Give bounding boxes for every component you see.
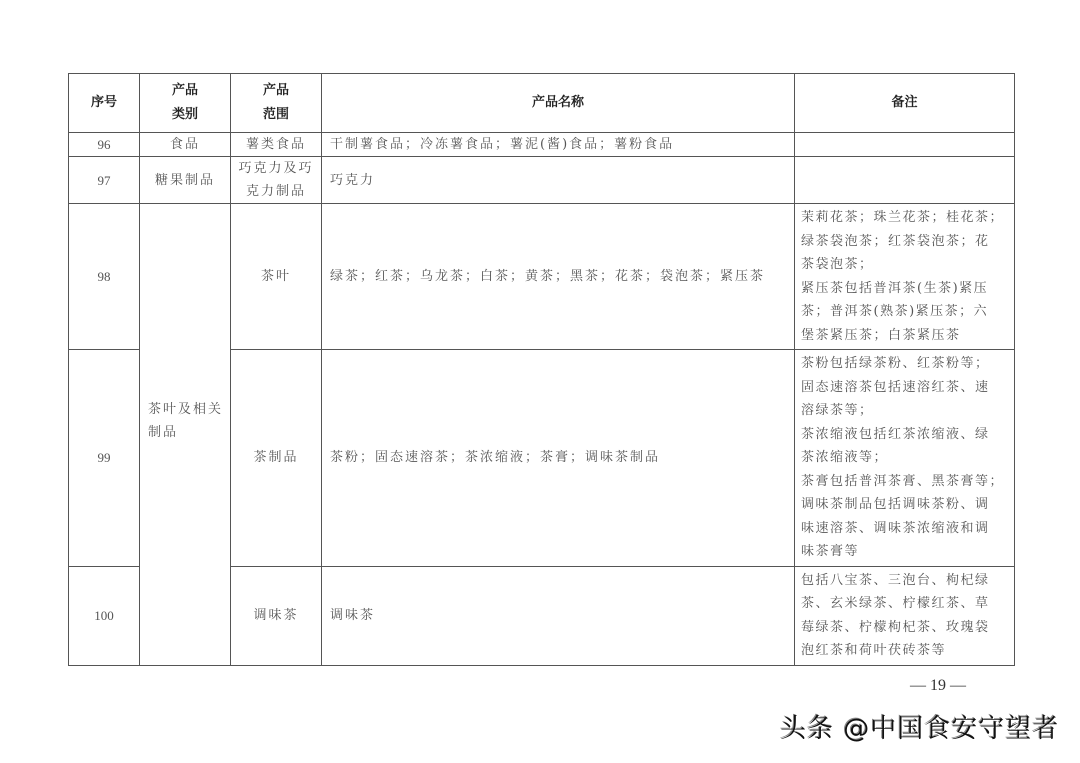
header-seq: 序号 [69, 74, 140, 133]
note-line: 茶膏包括普洱茶膏、黑茶膏等； [801, 470, 1008, 494]
note-line: 紧压茶包括普洱茶(生茶)紧压 [801, 277, 1008, 301]
header-category-line2: 类别 [140, 103, 230, 127]
merged-category-tea: 茶叶及相关 制品 [140, 204, 231, 666]
note-line: 包括八宝茶、三泡台、枸杞绿 [801, 569, 1008, 593]
note-line: 茶粉包括绿茶粉、红茶粉等； [801, 352, 1008, 376]
row-product-name: 巧克力 [322, 157, 795, 204]
merged-category-line1: 茶叶及相关 [148, 398, 224, 421]
row-note: 包括八宝茶、三泡台、枸杞绿 茶、玄米绿茶、柠檬红茶、草 莓绿茶、柠檬枸杞茶、玫瑰… [795, 566, 1015, 665]
note-line: 茶、玄米绿茶、柠檬红茶、草 [801, 592, 1008, 616]
row-seq: 100 [69, 566, 140, 665]
row-seq: 98 [69, 204, 140, 350]
table-header-row: 序号 产品 类别 产品 范围 产品名称 备注 [69, 74, 1015, 133]
page-number: — 19 — [910, 677, 966, 695]
header-product-name: 产品名称 [322, 74, 795, 133]
row-product-name: 绿茶；红茶；乌龙茶；白茶；黄茶；黑茶；花茶；袋泡茶；紧压茶 [322, 204, 795, 350]
note-line: 茶浓缩液包括红茶浓缩液、绿 [801, 423, 1008, 447]
note-line: 茶浓缩液等； [801, 446, 1008, 470]
header-scope: 产品 范围 [231, 74, 322, 133]
row-product-name: 茶粉；固态速溶茶；茶浓缩液；茶膏；调味茶制品 [322, 350, 795, 567]
note-line: 溶绿茶等； [801, 399, 1008, 423]
row-scope-line1: 巧克力及巧 [231, 157, 321, 180]
note-line: 茶；普洱茶(熟茶)紧压茶；六 [801, 300, 1008, 324]
product-catalog-table: 序号 产品 类别 产品 范围 产品名称 备注 96 食品 薯类食品 干制薯食品；… [68, 73, 1015, 666]
note-line: 泡红茶和荷叶茯砖茶等 [801, 639, 1008, 663]
table-row: 97 糖果制品 巧克力及巧 克力制品 巧克力 [69, 157, 1015, 204]
watermark: 头条 @中国食安守望者 [780, 708, 1059, 745]
row-category: 食品 [140, 133, 231, 157]
header-scope-line2: 范围 [231, 103, 321, 127]
row-product-name: 干制薯食品；冷冻薯食品；薯泥(酱)食品；薯粉食品 [322, 133, 795, 157]
header-category: 产品 类别 [140, 74, 231, 133]
row-seq: 96 [69, 133, 140, 157]
row-product-name: 调味茶 [322, 566, 795, 665]
row-note [795, 133, 1015, 157]
row-scope: 巧克力及巧 克力制品 [231, 157, 322, 204]
row-scope: 薯类食品 [231, 133, 322, 157]
table-row: 98 茶叶及相关 制品 茶叶 绿茶；红茶；乌龙茶；白茶；黄茶；黑茶；花茶；袋泡茶… [69, 204, 1015, 350]
row-scope: 茶叶 [231, 204, 322, 350]
note-line: 茉莉花茶；珠兰花茶；桂花茶； [801, 206, 1008, 230]
merged-category-line2: 制品 [148, 421, 224, 444]
note-line: 绿茶袋泡茶；红茶袋泡茶；花 [801, 230, 1008, 254]
row-note [795, 157, 1015, 204]
row-seq: 99 [69, 350, 140, 567]
row-scope: 茶制品 [231, 350, 322, 567]
row-category: 糖果制品 [140, 157, 231, 204]
header-scope-line1: 产品 [231, 79, 321, 103]
row-note: 茉莉花茶；珠兰花茶；桂花茶； 绿茶袋泡茶；红茶袋泡茶；花 茶袋泡茶； 紧压茶包括… [795, 204, 1015, 350]
row-seq: 97 [69, 157, 140, 204]
note-line: 堡茶紧压茶；白茶紧压茶 [801, 324, 1008, 348]
row-note: 茶粉包括绿茶粉、红茶粉等； 固态速溶茶包括速溶红茶、速 溶绿茶等； 茶浓缩液包括… [795, 350, 1015, 567]
row-scope-line2: 克力制品 [231, 180, 321, 203]
note-line: 茶袋泡茶； [801, 253, 1008, 277]
header-category-line1: 产品 [140, 79, 230, 103]
note-line: 固态速溶茶包括速溶红茶、速 [801, 376, 1008, 400]
note-line: 莓绿茶、柠檬枸杞茶、玫瑰袋 [801, 616, 1008, 640]
table-row: 96 食品 薯类食品 干制薯食品；冷冻薯食品；薯泥(酱)食品；薯粉食品 [69, 133, 1015, 157]
note-line: 味茶膏等 [801, 540, 1008, 564]
row-scope: 调味茶 [231, 566, 322, 665]
note-line: 调味茶制品包括调味茶粉、调 [801, 493, 1008, 517]
note-line: 味速溶茶、调味茶浓缩液和调 [801, 517, 1008, 541]
header-note: 备注 [795, 74, 1015, 133]
